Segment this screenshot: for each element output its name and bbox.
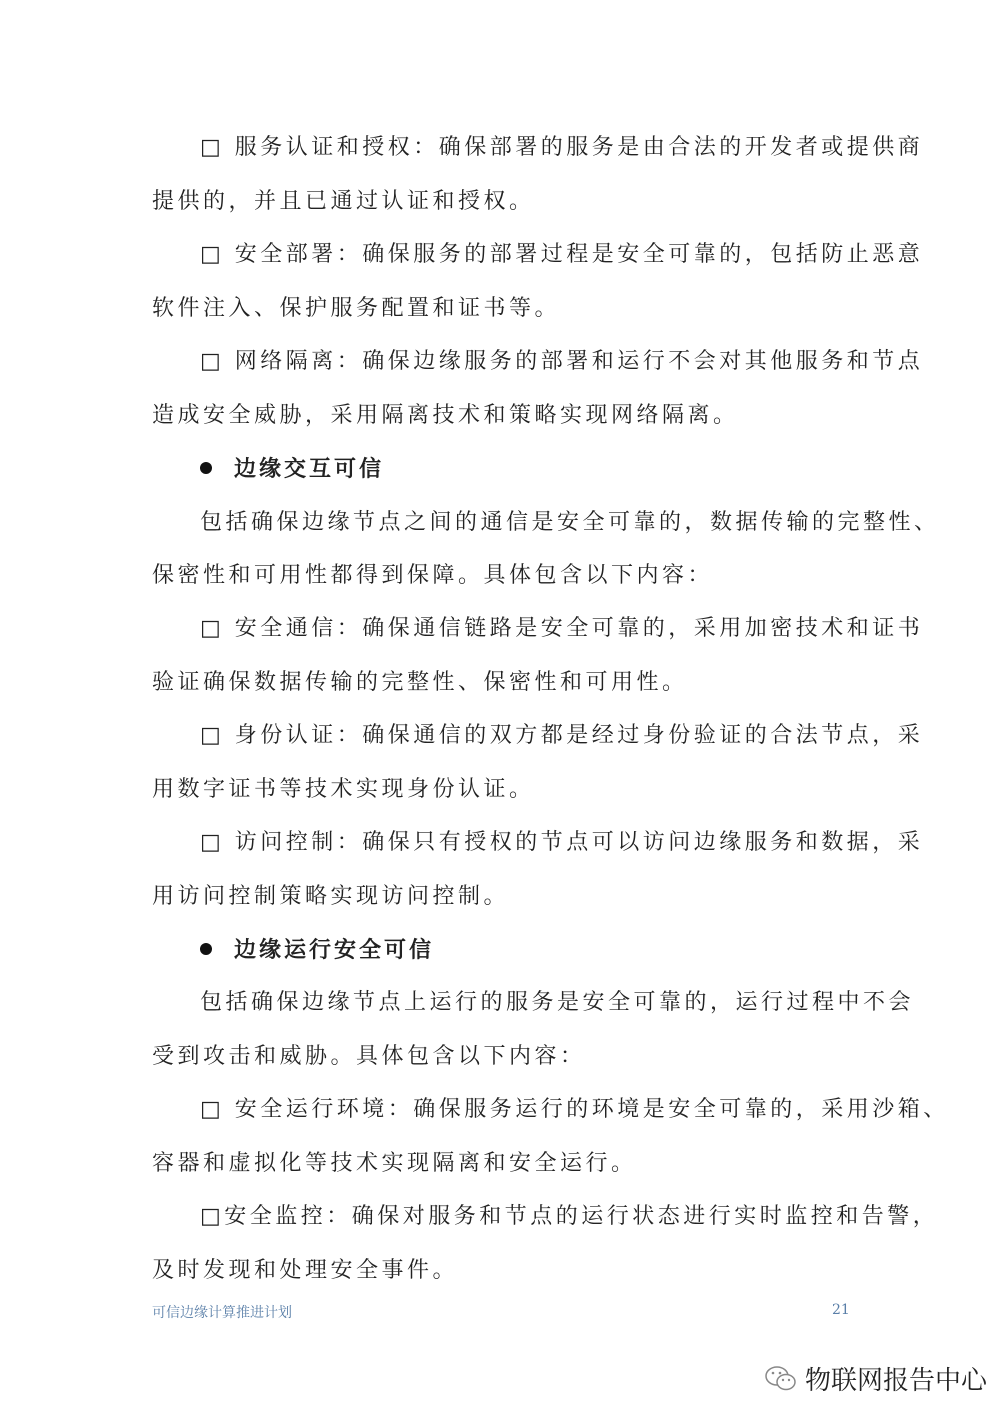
paragraph-line: □ 身份认证：确保通信的双方都是经过身份验证的合法节点，采	[200, 721, 923, 751]
paragraph-line: □ 安全部署：确保服务的部署过程是安全可靠的，包括防止恶意	[200, 240, 923, 270]
paragraph-line: □ 服务认证和授权：确保部署的服务是由合法的开发者或提供商	[200, 133, 923, 163]
watermark: 物联网报告中心	[763, 1360, 987, 1397]
footer-title: 可信边缘计算推进计划	[152, 1302, 292, 1322]
paragraph-line: □ 安全通信：确保通信链路是安全可靠的，采用加密技术和证书	[200, 614, 923, 644]
section-heading-edge-runtime: 边缘运行安全可信	[200, 935, 434, 965]
paragraph-line: 包括确保边缘节点上运行的服务是安全可靠的，运行过程中不会	[200, 988, 914, 1018]
paragraph-line: □ 访问控制：确保只有授权的节点可以访问边缘服务和数据，采	[200, 828, 923, 858]
paragraph-line: 受到攻击和威胁。具体包含以下内容：	[152, 1042, 586, 1072]
paragraph-line: 用访问控制策略实现访问控制。	[152, 882, 509, 912]
paragraph-line: 包括确保边缘节点之间的通信是安全可靠的，数据传输的完整性、	[200, 508, 940, 538]
paragraph-line: □ 网络隔离：确保边缘服务的部署和运行不会对其他服务和节点	[200, 347, 923, 377]
paragraph-line: 容器和虚拟化等技术实现隔离和安全运行。	[152, 1149, 637, 1179]
paragraph-line: 用数字证书等技术实现身份认证。	[152, 775, 535, 805]
document-page: □ 服务认证和授权：确保部署的服务是由合法的开发者或提供商 提供的，并且已通过认…	[0, 0, 1000, 1415]
paragraph-line: 软件注入、保护服务配置和证书等。	[152, 294, 560, 324]
paragraph-line: 保密性和可用性都得到保障。具体包含以下内容：	[152, 561, 713, 591]
paragraph-line: 验证确保数据传输的完整性、保密性和可用性。	[152, 668, 688, 698]
watermark-text: 物联网报告中心	[805, 1360, 987, 1397]
wechat-icon	[763, 1364, 799, 1394]
paragraph-line: 提供的，并且已通过认证和授权。	[152, 187, 535, 217]
paragraph-line: □安全监控：确保对服务和节点的运行状态进行实时监控和告警，	[200, 1202, 938, 1232]
page-number: 21	[832, 1302, 850, 1318]
bullet-icon	[200, 462, 212, 474]
section-heading-edge-interaction: 边缘交互可信	[200, 454, 384, 484]
paragraph-line: 及时发现和处理安全事件。	[152, 1256, 458, 1286]
paragraph-line: □ 安全运行环境：确保服务运行的环境是安全可靠的，采用沙箱、	[200, 1095, 949, 1125]
bullet-icon	[200, 943, 212, 955]
paragraph-line: 造成安全威胁，采用隔离技术和策略实现网络隔离。	[152, 401, 739, 431]
